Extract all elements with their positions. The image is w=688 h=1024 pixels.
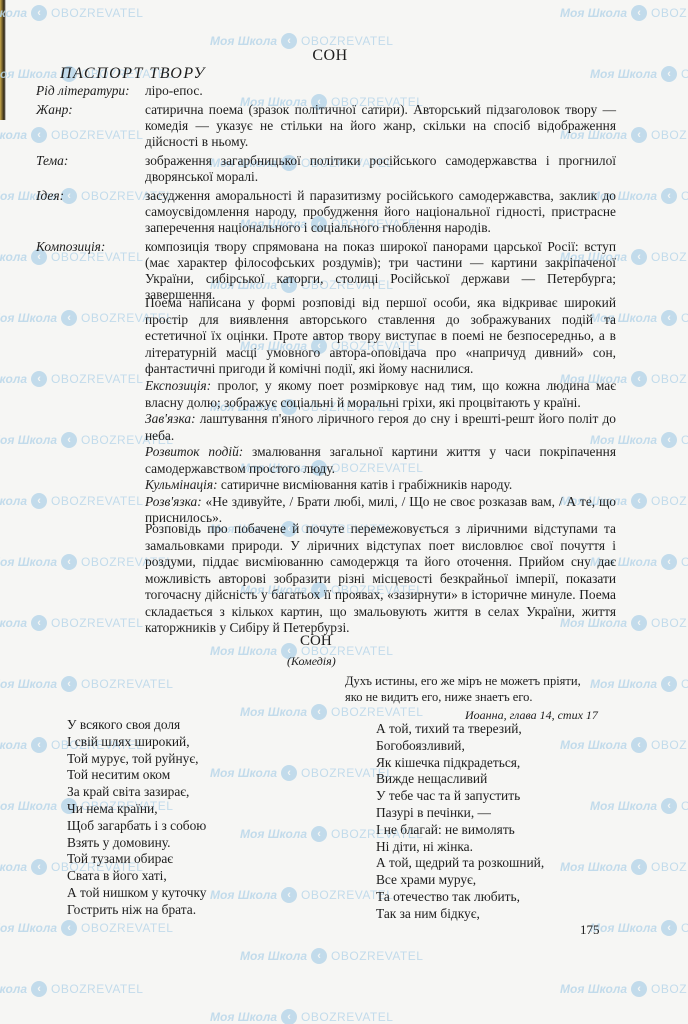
plot-item: Кульмінація: сатиричне висміювання катів… <box>145 477 616 494</box>
page-title: СОН <box>0 47 660 65</box>
passport-row: Рід літератури:ліро-епос. <box>36 83 616 99</box>
plot-label: Розвиток подій: <box>145 444 243 459</box>
plot-label: Кульмінація: <box>145 477 218 492</box>
book-page: СОН ПАСПОРТ ТВОРУ Рід літератури:ліро-еп… <box>0 0 688 1024</box>
poem-line: За край світа зазирає, <box>67 784 206 801</box>
passport-row: Ідея:засудження аморальності й паразитиз… <box>36 188 616 236</box>
poem-line: Той тузами обирає <box>67 851 206 868</box>
poem-line: А той нишком у куточку <box>67 885 206 902</box>
poem-line: Взять у домовину. <box>67 835 206 852</box>
epigraph-line: Духъ истины, его же міръ не можетъ пріят… <box>345 673 615 689</box>
poem-line: Та отечество так любить, <box>376 889 544 906</box>
poem-subtitle: (Комедія) <box>287 654 336 669</box>
poem-line: Той мурує, той руйнує, <box>67 751 206 768</box>
plot-label: Розв'язка: <box>145 494 202 509</box>
poem-title: СОН <box>300 633 332 650</box>
poem-line: Щоб загарбать і з собою <box>67 818 206 835</box>
plot-item: Зав'язка: лаштування п'яного ліричного г… <box>145 411 616 444</box>
poem-line: Пазурі в печінки, — <box>376 805 544 822</box>
plot-value: лаштування п'яного ліричного героя до сн… <box>145 411 616 443</box>
row-value: ліро-епос. <box>145 83 616 99</box>
passport-row: Тема:зображення загарбницької політики р… <box>36 153 616 185</box>
passport-table: Рід літератури:ліро-епос. Жанр:сатирична… <box>36 83 616 303</box>
narrative-paragraph: Поема написана у формі розповіді від пер… <box>145 295 616 378</box>
poem-line: Богобоязливий, <box>376 738 544 755</box>
poem-line: У всякого своя доля <box>67 717 206 734</box>
plot-value: пролог, у якому поет розмірковує над тим… <box>145 378 616 410</box>
passport-row: Композиція:композиція твору спрямована н… <box>36 239 616 303</box>
poem-line: Вижде нещасливий <box>376 771 544 788</box>
poem-line: І не благай: не вимолять <box>376 822 544 839</box>
plot-label: Експозиція: <box>145 378 211 393</box>
plot-value: сатиричне висміювання катів і грабіжникі… <box>221 477 512 492</box>
row-label: Жанр: <box>36 102 145 150</box>
poem-line: Свата в його хаті, <box>67 868 206 885</box>
page-number: 175 <box>580 922 600 938</box>
plot-structure: Експозиція: пролог, у якому поет розмірк… <box>145 378 616 527</box>
plot-item: Експозиція: пролог, у якому поет розмірк… <box>145 378 616 411</box>
passport-row: Жанр:сатирична поема (зразок політичної … <box>36 102 616 150</box>
row-label: Композиція: <box>36 239 145 303</box>
poem-line: А той, тихий та тверезий, <box>376 721 544 738</box>
row-value: зображення загарбницької політики російс… <box>145 153 616 185</box>
poem-left-column: У всякого своя доляІ свій шлях широкий,Т… <box>67 717 206 919</box>
plot-label: Зав'язка: <box>145 411 196 426</box>
row-label: Тема: <box>36 153 145 185</box>
closing-paragraph: Розповідь про побачене й почуте перемежо… <box>145 521 616 637</box>
poem-line: Як кішечка підкрадеться, <box>376 755 544 772</box>
row-label: Рід літератури: <box>36 83 145 99</box>
row-label: Ідея: <box>36 188 145 236</box>
poem-line: І свій шлях широкий, <box>67 734 206 751</box>
epigraph: Духъ истины, его же міръ не можетъ пріят… <box>345 673 615 705</box>
poem-line: Гострить ніж на брата. <box>67 902 206 919</box>
row-value: засудження аморальності й паразитизму ро… <box>145 188 616 236</box>
poem-line: Ні діти, ні жінка. <box>376 839 544 856</box>
passport-heading: ПАСПОРТ ТВОРУ <box>60 65 206 83</box>
plot-item: Розвиток подій: змалювання загальної кар… <box>145 444 616 477</box>
poem-line: У тебе час та й запустить <box>376 788 544 805</box>
poem-line: Чи нема країни, <box>67 801 206 818</box>
poem-right-column: А той, тихий та тверезий,Богобоязливий,Я… <box>376 721 544 923</box>
poem-line: Той неситим оком <box>67 767 206 784</box>
epigraph-line: яко не видитъ его, ниже знаетъ его. <box>345 689 615 705</box>
row-value: сатирична поема (зразок політичної сатир… <box>145 102 616 150</box>
poem-line: Все храми мурує, <box>376 872 544 889</box>
row-value: композиція твору спрямована на показ шир… <box>145 239 616 303</box>
poem-line: А той, щедрий та розкошний, <box>376 855 544 872</box>
poem-line: Так за ним бідкує, <box>376 906 544 923</box>
